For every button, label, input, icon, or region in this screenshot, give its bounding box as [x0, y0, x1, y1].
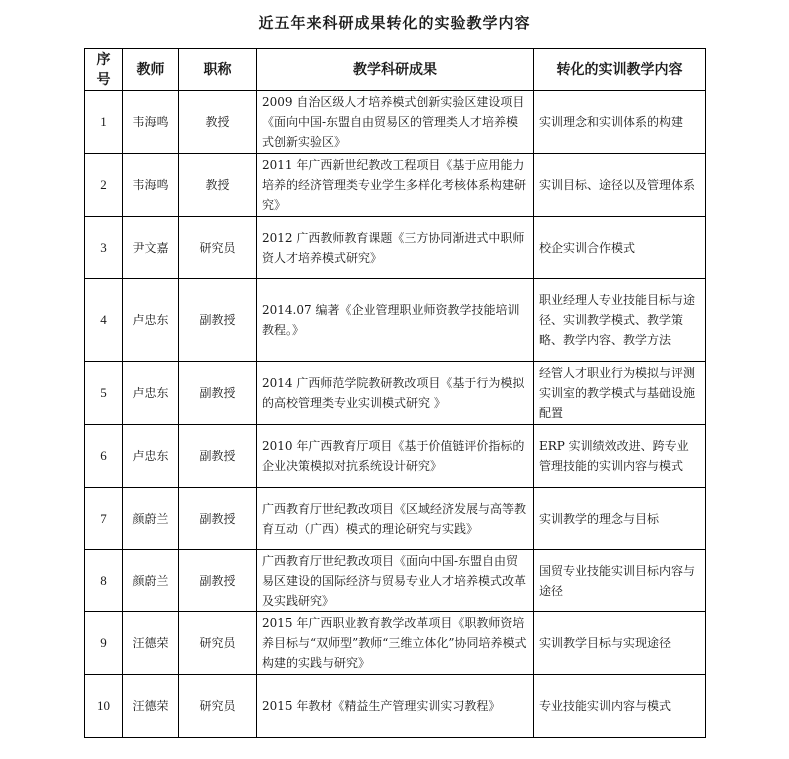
cell-content: 实训目标、途径以及管理体系	[534, 154, 706, 217]
cell-rank: 研究员	[179, 217, 257, 279]
cell-no: 7	[85, 488, 123, 550]
table-row: 10 汪德荣 研究员 2015 年教材《精益生产管理实训实习教程》 专业技能实训…	[85, 675, 706, 738]
table-row: 3 尹文嘉 研究员 2012 广西教师教育课题《三方协同渐进式中职师资人才培养模…	[85, 217, 706, 279]
cell-content: 实训教学的理念与目标	[534, 488, 706, 550]
cell-rank: 副教授	[179, 550, 257, 612]
cell-content: 实训教学目标与实现途径	[534, 612, 706, 675]
cell-achievement: 2015 年广西职业教育教学改革项目《职教师资培养目标与“双师型”教师“三维立体…	[257, 612, 534, 675]
cell-content: 职业经理人专业技能目标与途径、实训教学模式、教学策略、教学内容、教学方法	[534, 279, 706, 362]
cell-no: 2	[85, 154, 123, 217]
cell-teacher: 颜蔚兰	[123, 550, 179, 612]
cell-achievement: 2015 年教材《精益生产管理实训实习教程》	[257, 675, 534, 738]
cell-no: 4	[85, 279, 123, 362]
header-content: 转化的实训教学内容	[534, 49, 706, 91]
cell-achievement: 广西教育厅世纪教改项目《区域经济发展与高等教育互动（广西）模式的理论研究与实践》	[257, 488, 534, 550]
cell-teacher: 卢忠东	[123, 362, 179, 425]
cell-no: 5	[85, 362, 123, 425]
cell-achievement: 广西教育厅世纪教改项目《面向中国-东盟自由贸易区建设的国际经济与贸易专业人才培养…	[257, 550, 534, 612]
table-row: 8 颜蔚兰 副教授 广西教育厅世纪教改项目《面向中国-东盟自由贸易区建设的国际经…	[85, 550, 706, 612]
table-row: 4 卢忠东 副教授 2014.07 编著《企业管理职业师资教学技能培训教程。》 …	[85, 279, 706, 362]
cell-rank: 教授	[179, 91, 257, 154]
cell-rank: 研究员	[179, 675, 257, 738]
cell-content: 专业技能实训内容与模式	[534, 675, 706, 738]
cell-no: 1	[85, 91, 123, 154]
cell-achievement: 2010 年广西教育厅项目《基于价值链评价指标的企业决策模拟对抗系统设计研究》	[257, 425, 534, 488]
cell-no: 3	[85, 217, 123, 279]
cell-teacher: 韦海鸣	[123, 154, 179, 217]
cell-teacher: 韦海鸣	[123, 91, 179, 154]
cell-teacher: 汪德荣	[123, 675, 179, 738]
cell-rank: 副教授	[179, 425, 257, 488]
achievements-table: 序号 教师 职称 教学科研成果 转化的实训教学内容 1 韦海鸣 教授 2009 …	[84, 48, 706, 738]
cell-rank: 副教授	[179, 362, 257, 425]
header-rank: 职称	[179, 49, 257, 91]
cell-rank: 副教授	[179, 488, 257, 550]
cell-teacher: 汪德荣	[123, 612, 179, 675]
cell-rank: 研究员	[179, 612, 257, 675]
header-teacher: 教师	[123, 49, 179, 91]
header-achievement: 教学科研成果	[257, 49, 534, 91]
table-header-row: 序号 教师 职称 教学科研成果 转化的实训教学内容	[85, 49, 706, 91]
cell-achievement: 2014.07 编著《企业管理职业师资教学技能培训教程。》	[257, 279, 534, 362]
cell-achievement: 2009 自治区级人才培养模式创新实验区建设项目《面向中国-东盟自由贸易区的管理…	[257, 91, 534, 154]
table-row: 1 韦海鸣 教授 2009 自治区级人才培养模式创新实验区建设项目《面向中国-东…	[85, 91, 706, 154]
table-row: 6 卢忠东 副教授 2010 年广西教育厅项目《基于价值链评价指标的企业决策模拟…	[85, 425, 706, 488]
cell-teacher: 卢忠东	[123, 425, 179, 488]
cell-no: 6	[85, 425, 123, 488]
document-title: 近五年来科研成果转化的实验教学内容	[0, 12, 789, 33]
cell-rank: 副教授	[179, 279, 257, 362]
table-row: 2 韦海鸣 教授 2011 年广西新世纪教改工程项目《基于应用能力培养的经济管理…	[85, 154, 706, 217]
cell-content: ERP 实训绩效改进、跨专业管理技能的实训内容与模式	[534, 425, 706, 488]
cell-achievement: 2014 广西师范学院教研教改项目《基于行为模拟的高校管理类专业实训模式研究 》	[257, 362, 534, 425]
cell-no: 8	[85, 550, 123, 612]
cell-teacher: 卢忠东	[123, 279, 179, 362]
table-row: 9 汪德荣 研究员 2015 年广西职业教育教学改革项目《职教师资培养目标与“双…	[85, 612, 706, 675]
cell-content: 实训理念和实训体系的构建	[534, 91, 706, 154]
cell-content: 国贸专业技能实训目标内容与途径	[534, 550, 706, 612]
cell-teacher: 尹文嘉	[123, 217, 179, 279]
cell-rank: 教授	[179, 154, 257, 217]
cell-no: 10	[85, 675, 123, 738]
cell-achievement: 2011 年广西新世纪教改工程项目《基于应用能力培养的经济管理类专业学生多样化考…	[257, 154, 534, 217]
header-no: 序号	[85, 49, 123, 91]
table-row: 5 卢忠东 副教授 2014 广西师范学院教研教改项目《基于行为模拟的高校管理类…	[85, 362, 706, 425]
cell-achievement: 2012 广西教师教育课题《三方协同渐进式中职师资人才培养模式研究》	[257, 217, 534, 279]
cell-teacher: 颜蔚兰	[123, 488, 179, 550]
cell-no: 9	[85, 612, 123, 675]
table-row: 7 颜蔚兰 副教授 广西教育厅世纪教改项目《区域经济发展与高等教育互动（广西）模…	[85, 488, 706, 550]
cell-content: 校企实训合作模式	[534, 217, 706, 279]
cell-content: 经管人才职业行为模拟与评测实训室的教学模式与基础设施配置	[534, 362, 706, 425]
